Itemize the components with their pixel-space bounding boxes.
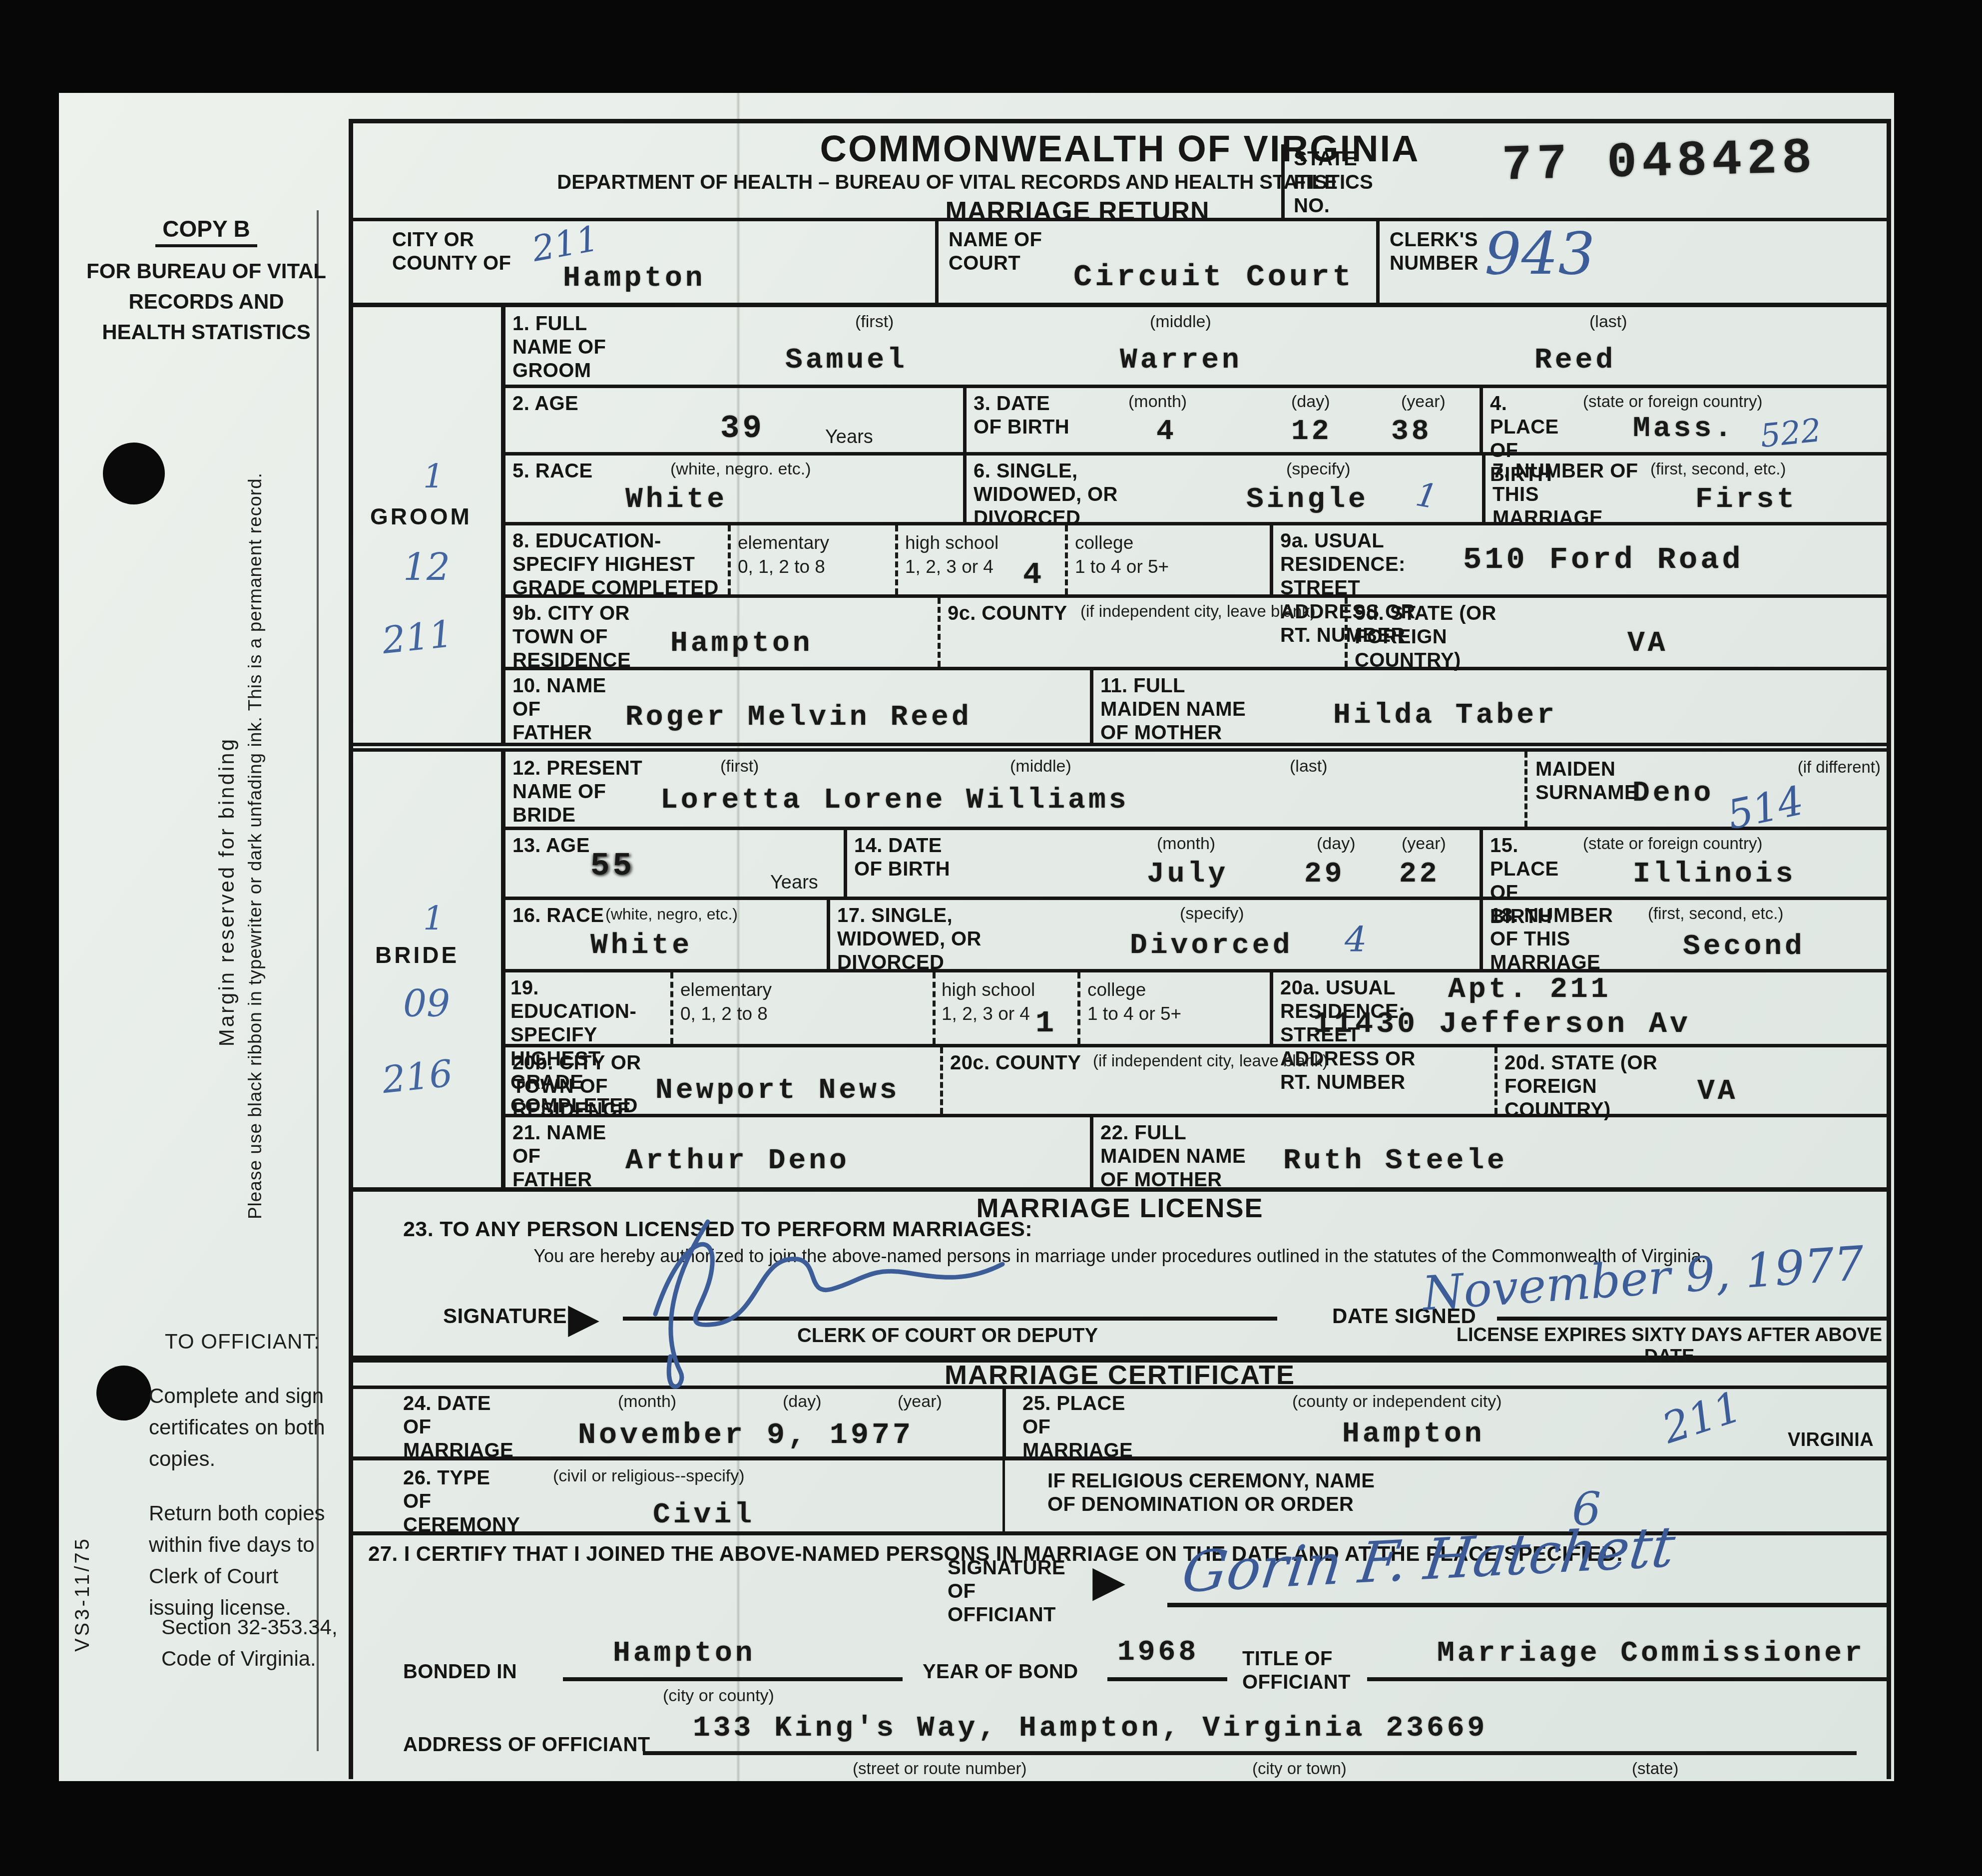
cert-ceremony-label: 26. TYPE OF CEREMONY xyxy=(403,1466,523,1537)
groom-dob-month: 4 xyxy=(1156,416,1177,448)
bride-maiden-cell: MAIDEN SURNAME (if different) Deno 514 xyxy=(1524,752,1887,827)
highschool-label: high school xyxy=(905,530,998,555)
row-divider xyxy=(1002,1460,1005,1535)
form-code: VS3-11/75 xyxy=(71,1536,94,1652)
groom-res-state-label: 9d. STATE (OR FOREIGN COUNTRY) xyxy=(1355,602,1514,673)
groom-res-state-value: VA xyxy=(1627,627,1668,660)
bride-res-city-cell: 20b. CITY OR TOWN OF RESIDENCE Newport N… xyxy=(505,1047,940,1114)
groom-highschool-cell: high school 1, 2, 3 or 4 4 xyxy=(895,525,1065,594)
to-officiant-heading: TO OFFICIANT: xyxy=(149,1326,336,1357)
groom-marital-value: Single xyxy=(1246,483,1369,516)
college-range: 1 to 4 or 5+ xyxy=(1075,554,1169,579)
groom-age-value: 39 xyxy=(720,411,765,447)
state-file-number: 77 048428 xyxy=(1501,130,1818,194)
groom-education-label-cell: 8. EDUCATION-SPECIFY HIGHEST GRADE COMPL… xyxy=(505,525,728,594)
groom-margin-note-1: 1 xyxy=(423,457,444,495)
bride-father-label: 21. NAME OF FATHER xyxy=(512,1121,617,1192)
groom-margin-note-2: 12 xyxy=(403,546,450,589)
officiant-sig-label: SIGNATURE OF OFFICIANT xyxy=(948,1556,1077,1627)
officiant-title-label: TITLE OF OFFICIANT xyxy=(1242,1647,1357,1694)
groom-res-city-value: Hampton xyxy=(670,627,813,660)
groom-gutter: 1 GROOM 12 211 xyxy=(353,307,505,743)
groom-res-county-cell: 9c. COUNTY (if independent city, leave b… xyxy=(938,598,1345,667)
bride-marriage-no-cell: 18. NUMBER OF THIS MARRIAGE (first, seco… xyxy=(1480,900,1887,969)
groom-marriage-no-value: First xyxy=(1695,483,1797,516)
groom-table: 1. FULL NAME OF GROOM (first) (middle) (… xyxy=(505,307,1887,743)
bride-margin-note-3: 216 xyxy=(380,1052,455,1102)
bride-name-label: 12. PRESENT NAME OF BRIDE xyxy=(512,757,652,828)
bride-name-cell: 12. PRESENT NAME OF BRIDE (first) (middl… xyxy=(505,752,1524,827)
groom-dob-label: 3. DATE OF BIRTH xyxy=(974,392,1078,439)
to-officiant-para2: Return both copies within five days to C… xyxy=(149,1497,336,1623)
elementary-range: 0, 1, 2 to 8 xyxy=(680,1001,768,1026)
bride-age-dob-row: 13. AGE 55 Years 14. DATE OF BIRTH (mont… xyxy=(505,827,1887,897)
bride-college-cell: college 1 to 4 or 5+ xyxy=(1077,972,1270,1044)
groom-mother-cell: 11. FULL MAIDEN NAME OF MOTHER Hilda Tab… xyxy=(1090,670,1887,743)
bonded-in-value: Hampton xyxy=(613,1637,756,1670)
groom-father-label: 10. NAME OF FATHER xyxy=(512,674,612,745)
officiant-signature-arrow-icon: ▶ xyxy=(1092,1556,1125,1606)
bride-maiden-label: MAIDEN SURNAME xyxy=(1535,758,1625,805)
last-hint: (last) xyxy=(1290,757,1328,776)
bride-residence-city-row: 20b. CITY OR TOWN OF RESIDENCE Newport N… xyxy=(505,1044,1887,1114)
groom-dob-year: 38 xyxy=(1391,416,1432,448)
bond-year-value: 1968 xyxy=(1117,1636,1199,1669)
groom-parents-row: 10. NAME OF FATHER Roger Melvin Reed 11.… xyxy=(505,667,1887,743)
groom-mother-label: 11. FULL MAIDEN NAME OF MOTHER xyxy=(1100,674,1265,745)
city-county-value: Hampton xyxy=(563,262,706,295)
license-signature-label: SIGNATURE xyxy=(443,1304,567,1329)
copy-title: COPY B xyxy=(155,215,257,247)
groom-age-label: 2. AGE xyxy=(512,392,578,416)
bride-age-value: 55 xyxy=(590,849,635,885)
certificate-title: MARRIAGE CERTIFICATE xyxy=(353,1360,1887,1391)
groom-education-row: 8. EDUCATION-SPECIFY HIGHEST GRADE COMPL… xyxy=(505,522,1887,594)
groom-res-county-label: 9c. COUNTY xyxy=(948,602,1067,625)
clerk-number-value: 943 xyxy=(1485,220,1595,288)
bride-maiden-value: Deno xyxy=(1632,777,1714,810)
bride-mother-label: 22. FULL MAIDEN NAME OF MOTHER xyxy=(1100,1121,1265,1192)
city-county-label: CITY OR COUNTY OF xyxy=(392,228,522,275)
groom-age-cell: 2. AGE 39 Years xyxy=(505,388,963,452)
groom-race-hint: (white, negro. etc.) xyxy=(670,460,811,479)
groom-residence-value: 510 Ford Road xyxy=(1463,542,1744,577)
court-name-label: NAME OF COURT xyxy=(949,228,1048,275)
bride-residence-line2: 11430 Jefferson Av xyxy=(1313,1007,1691,1041)
bride-res-state-value: VA xyxy=(1697,1075,1738,1108)
bonded-line xyxy=(563,1677,903,1681)
groom-education-value: 4 xyxy=(1023,557,1044,592)
bride-marriage-no-label: 18. NUMBER OF THIS MARRIAGE xyxy=(1490,904,1640,975)
month-hint: (month) xyxy=(1157,834,1215,854)
groom-father-cell: 10. NAME OF FATHER Roger Melvin Reed xyxy=(505,670,1090,743)
bride-highschool-cell: high school 1, 2, 3 or 4 1 xyxy=(933,972,1077,1044)
highschool-range: 1, 2, 3 or 4 xyxy=(942,1001,1030,1026)
punch-hole-bottom xyxy=(96,1366,151,1420)
bride-marital-value: Divorced xyxy=(1130,930,1293,962)
bride-res-county-hint: (if independent city, leave blank) xyxy=(1093,1051,1328,1070)
cert-religious-label: IF RELIGIOUS CEREMONY, NAME OF DENOMINAT… xyxy=(1047,1469,1387,1516)
bride-birthplace-cell: 15. PLACE OF BIRTH (state or foreign cou… xyxy=(1480,830,1887,897)
groom-dob-day: 12 xyxy=(1291,416,1332,448)
bride-race-value: White xyxy=(590,930,692,962)
clerk-signature xyxy=(633,1207,1042,1357)
court-name-cell: NAME OF COURT Circuit Court xyxy=(935,221,1376,303)
officiant-title-value: Marriage Commissioner xyxy=(1437,1637,1865,1670)
groom-birthplace-annotation: 522 xyxy=(1758,412,1823,455)
officiant-address-value: 133 King's Way, Hampton, Virginia 23669 xyxy=(693,1712,1487,1745)
margin-note-binding: Margin reserved for binding xyxy=(215,737,239,1046)
bride-marital-label: 17. SINGLE, WIDOWED, OR DIVORCED xyxy=(837,904,1017,975)
to-officiant-note: TO OFFICIANT: Complete and sign certific… xyxy=(149,1326,336,1646)
bond-year-line xyxy=(1107,1677,1227,1681)
middle-hint: (middle) xyxy=(1010,757,1071,776)
address-hint-street: (street or route number) xyxy=(853,1759,1026,1778)
bride-marriage-no-hint: (first, second, etc.) xyxy=(1648,904,1783,923)
bride-margin-note-1: 1 xyxy=(423,899,444,938)
bride-race-label: 16. RACE xyxy=(512,904,604,928)
groom-residence-cell: 9a. USUAL RESIDENCE: STREET ADDRESS OR R… xyxy=(1270,525,1887,594)
highschool-range: 1, 2, 3 or 4 xyxy=(905,554,993,579)
groom-birthplace-hint: (state or foreign country) xyxy=(1583,392,1763,411)
college-label: college xyxy=(1087,977,1146,1002)
cert-place-state: VIRGINIA xyxy=(1788,1429,1874,1451)
officiant-address-label: ADDRESS OF OFFICIANT xyxy=(403,1733,650,1757)
form-header: COMMONWEALTH OF VIRGINIA DEPARTMENT OF H… xyxy=(353,123,1887,218)
groom-father-value: Roger Melvin Reed xyxy=(625,701,972,734)
groom-section: 1 GROOM 12 211 1. FULL NAME OF GROOM (fi… xyxy=(353,303,1887,743)
bride-elementary-cell: elementary 0, 1, 2 to 8 xyxy=(670,972,933,1044)
groom-middle-name: Warren xyxy=(1120,344,1242,377)
groom-last-name: Reed xyxy=(1534,344,1616,377)
bride-table: 12. PRESENT NAME OF BRIDE (first) (middl… xyxy=(505,752,1887,1187)
bride-name-row: 12. PRESENT NAME OF BRIDE (first) (middl… xyxy=(505,752,1887,827)
bride-birthplace-value: Illinois xyxy=(1633,858,1796,891)
bride-dob-day: 29 xyxy=(1304,858,1345,891)
bride-residence-line1: Apt. 211 xyxy=(1448,973,1611,1006)
day-hint: (day) xyxy=(1317,834,1355,854)
officiant-signature-line xyxy=(1167,1603,1887,1607)
college-label: college xyxy=(1075,530,1133,555)
cert-place-label: 25. PLACE OF MARRIAGE xyxy=(1022,1392,1142,1463)
groom-res-state-cell: 9d. STATE (OR FOREIGN COUNTRY) VA xyxy=(1345,598,1887,667)
clerk-number-label: CLERK'S NUMBER xyxy=(1390,228,1480,275)
groom-marriage-no-hint: (first, second, etc.) xyxy=(1650,460,1786,478)
bride-parents-row: 21. NAME OF FATHER Arthur Deno 22. FULL … xyxy=(505,1114,1887,1187)
to-officiant-para1: Complete and sign certificates on both c… xyxy=(149,1380,336,1474)
bride-education-label-cell: 19. EDUCATION-SPECIFY HIGHEST GRADE COMP… xyxy=(505,972,670,1044)
month-hint: (month) xyxy=(1128,392,1187,412)
year-hint: (year) xyxy=(898,1392,942,1411)
cert-date-value: November 9, 1977 xyxy=(578,1418,914,1452)
bride-section: 1 BRIDE 09 216 12. PRESENT NAME OF BRIDE… xyxy=(353,752,1887,1187)
groom-education-label: 8. EDUCATION-SPECIFY HIGHEST GRADE COMPL… xyxy=(512,529,722,600)
bride-age-unit: Years xyxy=(770,872,818,894)
bonded-hint: (city or county) xyxy=(663,1686,774,1706)
year-hint: (year) xyxy=(1402,834,1446,854)
bride-marriage-no-value: Second xyxy=(1683,931,1805,963)
year-hint: (year) xyxy=(1401,392,1446,412)
address-hint-city: (city or town) xyxy=(1252,1759,1347,1778)
groom-res-county-hint: (if independent city, leave blank) xyxy=(1080,602,1316,621)
groom-name-row: 1. FULL NAME OF GROOM (first) (middle) (… xyxy=(505,307,1887,385)
bonded-in-label: BONDED IN xyxy=(403,1660,517,1684)
groom-birthplace-value: Mass. xyxy=(1633,413,1735,445)
signature-arrow-icon: ▶ xyxy=(568,1295,599,1342)
officiant-title-line xyxy=(1367,1677,1887,1681)
groom-first-name: Samuel xyxy=(785,344,908,377)
date-signed-line xyxy=(1497,1317,1887,1321)
bride-marital-annotation: 4 xyxy=(1345,919,1367,960)
bride-maiden-hint: (if different) xyxy=(1798,758,1881,777)
bride-age-label: 13. AGE xyxy=(512,834,590,858)
college-range: 1 to 4 or 5+ xyxy=(1087,1001,1181,1026)
elementary-label: elementary xyxy=(680,977,772,1002)
bride-res-county-label: 20c. COUNTY xyxy=(950,1051,1081,1075)
document-paper: COPY B FOR BUREAU OF VITAL RECORDS AND H… xyxy=(59,93,1894,1781)
specify-hint: (specify) xyxy=(1286,460,1350,479)
groom-birthplace-cell: 4. PLACE OF BIRTH (state or foreign coun… xyxy=(1480,388,1887,452)
groom-marital-cell: 6. SINGLE, WIDOWED, OR DIVORCED (specify… xyxy=(963,456,1482,522)
bride-res-state-cell: 20d. STATE (OR FOREIGN COUNTRY) VA xyxy=(1494,1047,1887,1114)
groom-race-label: 5. RACE xyxy=(512,460,593,483)
officiant-address-line xyxy=(643,1751,1857,1755)
groom-residence-city-row: 9b. CITY OR TOWN OF RESIDENCE Hampton 9c… xyxy=(505,594,1887,667)
bride-education-row: 19. EDUCATION-SPECIFY HIGHEST GRADE COMP… xyxy=(505,969,1887,1044)
bride-res-city-value: Newport News xyxy=(655,1074,900,1107)
row-divider xyxy=(1002,1389,1006,1456)
groom-res-city-cell: 9b. CITY OR TOWN OF RESIDENCE Hampton xyxy=(505,598,938,667)
copy-designation: COPY B FOR BUREAU OF VITAL RECORDS AND H… xyxy=(86,215,326,348)
bride-father-cell: 21. NAME OF FATHER Arthur Deno xyxy=(505,1117,1090,1187)
bride-gutter: 1 BRIDE 09 216 xyxy=(353,752,505,1187)
bride-side-label: BRIDE xyxy=(375,941,459,968)
first-hint: (first) xyxy=(855,312,894,332)
court-name-value: Circuit Court xyxy=(1073,259,1354,295)
groom-race-value: White xyxy=(625,483,727,516)
bride-mother-cell: 22. FULL MAIDEN NAME OF MOTHER Ruth Stee… xyxy=(1090,1117,1887,1187)
groom-race-row: 5. RACE (white, negro. etc.) White 6. SI… xyxy=(505,452,1887,522)
day-hint: (day) xyxy=(783,1392,821,1411)
groom-full-name-cell: 1. FULL NAME OF GROOM (first) (middle) (… xyxy=(505,307,1887,385)
bond-year-label: YEAR OF BOND xyxy=(923,1660,1078,1684)
groom-college-cell: college 1 to 4 or 5+ xyxy=(1065,525,1270,594)
bride-dob-label: 14. DATE OF BIRTH xyxy=(854,834,959,881)
bride-education-value: 1 xyxy=(1035,1005,1057,1041)
month-hint: (month) xyxy=(618,1392,676,1411)
bride-race-hint: (white, negro, etc.) xyxy=(605,905,738,924)
cert-place-annotation: 211 xyxy=(1656,1382,1748,1453)
middle-hint: (middle) xyxy=(1150,312,1211,332)
cert-place-hint: (county or independent city) xyxy=(1292,1392,1502,1411)
bride-dob-month: July xyxy=(1147,858,1228,891)
bride-marital-cell: 17. SINGLE, WIDOWED, OR DIVORCED (specif… xyxy=(827,900,1480,969)
bride-res-city-label: 20b. CITY OR TOWN OF RESIDENCE xyxy=(512,1051,662,1122)
bride-dob-cell: 14. DATE OF BIRTH (month) (day) (year) J… xyxy=(844,830,1480,897)
groom-margin-note-3: 211 xyxy=(380,612,455,662)
groom-full-name-label: 1. FULL NAME OF GROOM xyxy=(512,312,637,383)
groom-res-city-label: 9b. CITY OR TOWN OF RESIDENCE xyxy=(512,602,657,673)
code-reference: Section 32-353.34, Code of Virginia. xyxy=(161,1611,341,1674)
groom-elementary-cell: elementary 0, 1, 2 to 8 xyxy=(728,525,895,594)
bride-race-cell: 16. RACE (white, negro, etc.) White xyxy=(505,900,827,969)
groom-mother-value: Hilda Taber xyxy=(1333,699,1557,732)
bride-father-value: Arthur Deno xyxy=(625,1145,850,1177)
groom-marriage-no-cell: 7. NUMBER OF THIS MARRIAGE (first, secon… xyxy=(1482,456,1887,522)
certificate-titlebar: MARRIAGE CERTIFICATE xyxy=(353,1363,1887,1389)
bride-res-county-cell: 20c. COUNTY (if independent city, leave … xyxy=(940,1047,1494,1114)
cert-date-label: 24. DATE OF MARRIAGE xyxy=(403,1392,513,1463)
bride-race-row: 16. RACE (white, negro, etc.) White 17. … xyxy=(505,897,1887,969)
highschool-label: high school xyxy=(942,977,1035,1002)
bride-mother-value: Ruth Steele xyxy=(1283,1145,1507,1177)
bride-res-state-label: 20d. STATE (OR FOREIGN COUNTRY) xyxy=(1504,1051,1664,1122)
groom-side-label: GROOM xyxy=(370,503,472,530)
elementary-range: 0, 1, 2 to 8 xyxy=(738,554,825,579)
groom-age-unit: Years xyxy=(825,427,873,448)
copy-description: FOR BUREAU OF VITAL RECORDS AND HEALTH S… xyxy=(86,256,326,348)
groom-age-dob-row: 2. AGE 39 Years 3. DATE OF BIRTH (month)… xyxy=(505,385,1887,452)
city-county-cell: CITY OR COUNTY OF Hampton xyxy=(353,221,935,303)
margin-note-ink: Please use black ribbon in typewriter or… xyxy=(245,472,266,1219)
groom-marital-annotation: 1 xyxy=(1413,475,1441,516)
bride-residence-cell: 20a. USUAL RESIDENCE: STREET ADDRESS OR … xyxy=(1270,972,1887,1044)
bride-dob-year: 22 xyxy=(1399,858,1440,891)
cert-ceremony-value: Civil xyxy=(653,1499,755,1531)
address-hint-state: (state) xyxy=(1632,1759,1679,1778)
groom-marital-label: 6. SINGLE, WIDOWED, OR DIVORCED xyxy=(974,460,1153,530)
certificate-date-place-row: 24. DATE OF MARRIAGE (month) (day) (year… xyxy=(353,1389,1887,1456)
marriage-certificate-section: MARRIAGE CERTIFICATE 24. DATE OF MARRIAG… xyxy=(353,1363,1887,1779)
cert-ceremony-hint: (civil or religious--specify) xyxy=(553,1466,745,1486)
marriage-return-form: COMMONWEALTH OF VIRGINIA DEPARTMENT OF H… xyxy=(349,119,1891,1779)
elementary-label: elementary xyxy=(738,530,829,555)
groom-marriage-no-label: 7. NUMBER OF THIS MARRIAGE xyxy=(1492,460,1642,530)
groom-dob-cell: 3. DATE OF BIRTH (month) (day) (year) 4 … xyxy=(963,388,1480,452)
bride-margin-note-2: 09 xyxy=(403,982,450,1025)
marriage-license-section: MARRIAGE LICENSE 23. TO ANY PERSON LICEN… xyxy=(353,1187,1887,1356)
specify-hint: (specify) xyxy=(1180,904,1244,924)
bride-age-cell: 13. AGE 55 Years xyxy=(505,830,844,897)
day-hint: (day) xyxy=(1291,392,1330,412)
cert-place-value: Hampton xyxy=(1342,1418,1485,1450)
first-hint: (first) xyxy=(720,757,759,776)
groom-race-cell: 5. RACE (white, negro. etc.) White xyxy=(505,456,963,522)
bride-name-value: Loretta Lorene Williams xyxy=(660,784,1129,817)
punch-hole-top xyxy=(103,443,165,504)
clerk-number-cell: CLERK'S NUMBER 943 xyxy=(1376,221,1887,303)
last-hint: (last) xyxy=(1589,312,1627,332)
state-file-label: STATE FILE NO. xyxy=(1285,144,1359,218)
